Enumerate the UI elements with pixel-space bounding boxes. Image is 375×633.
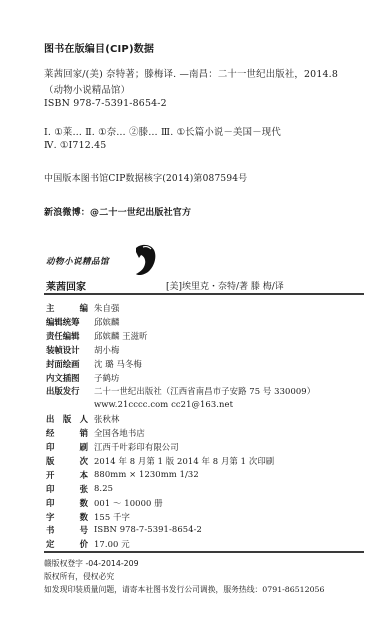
credit-label-part: 号 bbox=[80, 524, 88, 536]
credit-row: 经销全国各地书店 bbox=[46, 427, 145, 439]
credit-value: 17.00 元 bbox=[94, 538, 130, 550]
credit-value: ISBN 978-7-5391-8654-2 bbox=[94, 524, 202, 536]
credit-row: 定价17.00 元 bbox=[46, 538, 130, 550]
credit-label-part: 印 bbox=[46, 441, 54, 453]
credit-row: www.21cccc.com cc21@163.net bbox=[46, 399, 233, 409]
credit-label: 开本 bbox=[46, 469, 94, 481]
credit-value: 子鹤坊 bbox=[94, 372, 119, 384]
credit-label-part: 编辑统筹 bbox=[46, 316, 80, 328]
credit-label-part: 定 bbox=[46, 538, 54, 550]
credit-label: 编辑统筹 bbox=[46, 316, 94, 328]
credit-label-part: 字 bbox=[46, 511, 54, 523]
credit-label-part: 出 bbox=[46, 413, 54, 425]
credit-value: 8.25 bbox=[94, 483, 113, 495]
credit-value: www.21cccc.com cc21@163.net bbox=[94, 399, 233, 409]
credit-row: 字数155 千字 bbox=[46, 511, 130, 523]
credit-value: 二十一世纪出版社（江西省南昌市子安路 75 号 330009） bbox=[94, 385, 315, 397]
divider-top bbox=[44, 293, 364, 295]
credit-label-part: 主 bbox=[46, 302, 54, 314]
credit-row: 装帧设计胡小梅 bbox=[46, 344, 119, 356]
credit-row: 印数001 ～ 10000 册 bbox=[46, 497, 163, 509]
credit-label: 责任编辑 bbox=[46, 330, 94, 342]
credit-label-part: 装帧设计 bbox=[46, 344, 80, 356]
credit-value: 张秋林 bbox=[94, 413, 119, 425]
credit-label: 主编 bbox=[46, 302, 94, 314]
cip-classification: Ⅰ. ①莱… Ⅱ. ①奈… ②滕… Ⅲ. ①长篇小说－美国－现代 bbox=[44, 124, 281, 138]
credit-value: 胡小梅 bbox=[94, 344, 119, 356]
credit-value: 880mm × 1230mm 1/32 bbox=[94, 469, 199, 481]
credit-label: 字数 bbox=[46, 511, 94, 523]
credit-row: 书号ISBN 978-7-5391-8654-2 bbox=[46, 524, 202, 536]
credit-label: 书号 bbox=[46, 524, 94, 536]
credit-row: 版次2014 年 8 月第 1 版 2014 年 8 月第 1 次印刷 bbox=[46, 455, 274, 467]
credit-value: 2014 年 8 月第 1 版 2014 年 8 月第 1 次印刷 bbox=[94, 455, 274, 467]
quality-service-notice: 如发现印装质量问题，请寄本社图书发行公司调换，服务热线：0791-8651205… bbox=[44, 584, 324, 595]
credit-row: 印张8.25 bbox=[46, 483, 113, 495]
animal-silhouette-icon bbox=[130, 244, 156, 276]
credit-row: 开本880mm × 1230mm 1/32 bbox=[46, 469, 199, 481]
credit-label bbox=[46, 399, 94, 409]
weibo-account: 新浪微博：@二十一世纪出版社官方 bbox=[44, 205, 191, 218]
credit-label-part: 本 bbox=[80, 469, 88, 481]
credit-value: 沈 璐 马冬梅 bbox=[94, 358, 142, 370]
credit-label: 装帧设计 bbox=[46, 344, 94, 356]
credit-value: 001 ～ 10000 册 bbox=[94, 497, 163, 509]
cip-bibliographic-line: 莱茜回家/(美) 奈特著；滕梅译. —南昌：二十一世纪出版社，2014.8 bbox=[44, 66, 338, 80]
credit-label-part: 次 bbox=[80, 455, 88, 467]
credit-value: 邱嫔麟 bbox=[94, 316, 119, 328]
credit-label-part: 张 bbox=[80, 483, 88, 495]
credit-label: 出版人 bbox=[46, 413, 94, 425]
credit-label-part: 封面绘画 bbox=[46, 358, 80, 370]
credit-label-part: 经 bbox=[46, 427, 54, 439]
credit-label-part: 价 bbox=[80, 538, 88, 550]
credit-label-part: 书 bbox=[46, 524, 54, 536]
credit-label-part: 印 bbox=[46, 497, 54, 509]
copyright-notice: 版权所有，侵权必究 bbox=[44, 571, 114, 582]
cip-isbn: ISBN 978-7-5391-8654-2 bbox=[44, 98, 167, 109]
credit-label-part: 销 bbox=[80, 427, 88, 439]
credit-row: 责任编辑邱嫔麟 王滋昕 bbox=[46, 330, 148, 342]
credit-value: 全国各地书店 bbox=[94, 427, 145, 439]
cip-classification-number: Ⅳ. ①I712.45 bbox=[44, 140, 106, 151]
credit-label: 内文插图 bbox=[46, 372, 94, 384]
credit-label: 定价 bbox=[46, 538, 94, 550]
credit-label: 出版发行 bbox=[46, 385, 94, 397]
credit-label: 印刷 bbox=[46, 441, 94, 453]
credit-label: 经销 bbox=[46, 427, 94, 439]
credit-value: 155 千字 bbox=[94, 511, 130, 523]
credit-row: 印刷江西千叶彩印有限公司 bbox=[46, 441, 179, 453]
credit-value: 江西千叶彩印有限公司 bbox=[94, 441, 179, 453]
credit-row: 出版发行二十一世纪出版社（江西省南昌市子安路 75 号 330009） bbox=[46, 385, 315, 397]
credit-row: 出版人张秋林 bbox=[46, 413, 119, 425]
series-logo: 动物小说精品馆 bbox=[44, 244, 154, 274]
copyright-registration: 赣版权登字 -04-2014-209 bbox=[44, 558, 139, 569]
cip-series-line: （动物小说精品馆） bbox=[44, 82, 130, 96]
book-author: [美]埃里克・奈特/著 滕 梅/译 bbox=[166, 279, 284, 292]
divider-bottom bbox=[44, 551, 364, 553]
credit-label: 印张 bbox=[46, 483, 94, 495]
credit-row: 主编朱自强 bbox=[46, 302, 119, 314]
credit-label-part: 编 bbox=[80, 302, 88, 314]
credit-value: 朱自强 bbox=[94, 302, 119, 314]
credit-row: 内文插图子鹤坊 bbox=[46, 372, 119, 384]
credit-label-part: 出版发行 bbox=[46, 385, 80, 397]
credit-label-part: 数 bbox=[80, 511, 88, 523]
credit-row: 编辑统筹邱嫔麟 bbox=[46, 316, 119, 328]
credit-label-part: 开 bbox=[46, 469, 54, 481]
cip-approval-number: 中国版本图书馆CIP数据核字(2014)第087594号 bbox=[44, 171, 247, 184]
credit-label-part: 数 bbox=[80, 497, 88, 509]
credit-label-part: 版 bbox=[63, 413, 71, 425]
series-logo-text: 动物小说精品馆 bbox=[46, 255, 109, 267]
cip-heading: 图书在版编目(CIP)数据 bbox=[44, 40, 154, 55]
credit-label-part: 人 bbox=[80, 413, 88, 425]
credit-label-part: 内文插图 bbox=[46, 372, 80, 384]
credit-label-part: 印 bbox=[46, 483, 54, 495]
credit-row: 封面绘画沈 璐 马冬梅 bbox=[46, 358, 142, 370]
credit-label: 印数 bbox=[46, 497, 94, 509]
credit-label-part: 责任编辑 bbox=[46, 330, 80, 342]
book-title: 莱茜回家 bbox=[46, 278, 86, 293]
credit-label-part: 版 bbox=[46, 455, 54, 467]
credit-label-part: 刷 bbox=[80, 441, 88, 453]
credit-value: 邱嫔麟 王滋昕 bbox=[94, 330, 148, 342]
credit-label: 封面绘画 bbox=[46, 358, 94, 370]
credit-label: 版次 bbox=[46, 455, 94, 467]
